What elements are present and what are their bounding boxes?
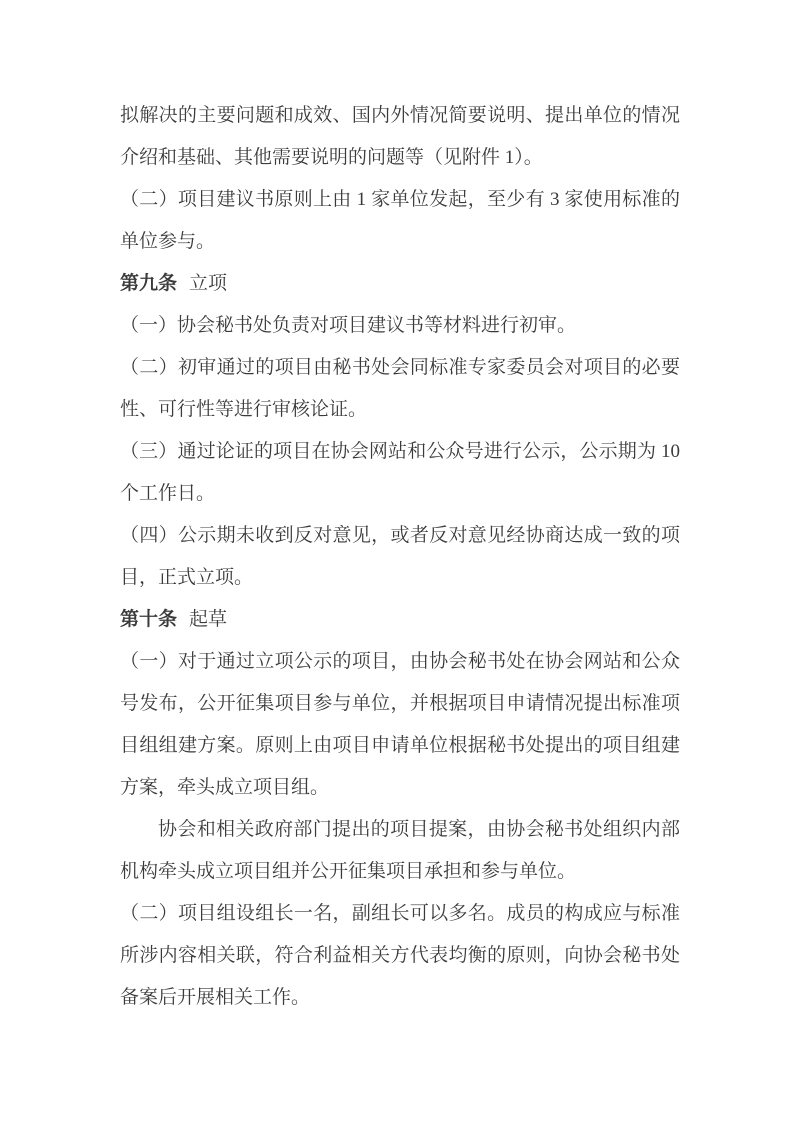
text-line: 拟解决的主要问题和成效、国内外情况简要说明、提出单位的情况 (120, 95, 680, 137)
article-heading-10: 第十条起草 (120, 599, 680, 641)
text-line: （一）协会秘书处负责对项目建议书等材料进行初审。 (120, 305, 680, 347)
text-line: （二）初审通过的项目由秘书处会同标准专家委员会对项目的必要 (120, 347, 680, 389)
text-line: 协会和相关政府部门提出的项目提案，由协会秘书处组织内部 (120, 809, 680, 851)
text-line: 目组组建方案。原则上由项目申请单位根据秘书处提出的项目组建 (120, 725, 680, 767)
article-title: 起草 (189, 609, 227, 630)
text-line: 机构牵头成立项目组并公开征集项目承担和参与单位。 (120, 851, 680, 893)
document-page-body: 拟解决的主要问题和成效、国内外情况简要说明、提出单位的情况 介绍和基础、其他需要… (120, 95, 680, 1019)
article-number: 第十条 (120, 609, 177, 630)
text-line: （一）对于通过立项公示的项目，由协会秘书处在协会网站和公众 (120, 641, 680, 683)
text-line: 所涉内容相关联，符合利益相关方代表均衡的原则，向协会秘书处 (120, 935, 680, 977)
text-line: 单位参与。 (120, 221, 680, 263)
text-line: （三）通过论证的项目在协会网站和公众号进行公示，公示期为 10 (120, 431, 680, 473)
article-title: 立项 (189, 273, 227, 294)
text-line: 个工作日。 (120, 473, 680, 515)
text-line: 号发布，公开征集项目参与单位，并根据项目申请情况提出标准项 (120, 683, 680, 725)
text-line: 介绍和基础、其他需要说明的问题等（见附件 1）。 (120, 137, 680, 179)
text-line: （二）项目组设组长一名，副组长可以多名。成员的构成应与标准 (120, 893, 680, 935)
text-line: （二）项目建议书原则上由 1 家单位发起，至少有 3 家使用标准的 (120, 179, 680, 221)
text-line: （四）公示期未收到反对意见，或者反对意见经协商达成一致的项 (120, 515, 680, 557)
text-line: 性、可行性等进行审核论证。 (120, 389, 680, 431)
text-line: 方案，牵头成立项目组。 (120, 767, 680, 809)
text-line: 备案后开展相关工作。 (120, 977, 680, 1019)
text-line: 目，正式立项。 (120, 557, 680, 599)
article-number: 第九条 (120, 273, 177, 294)
article-heading-9: 第九条立项 (120, 263, 680, 305)
